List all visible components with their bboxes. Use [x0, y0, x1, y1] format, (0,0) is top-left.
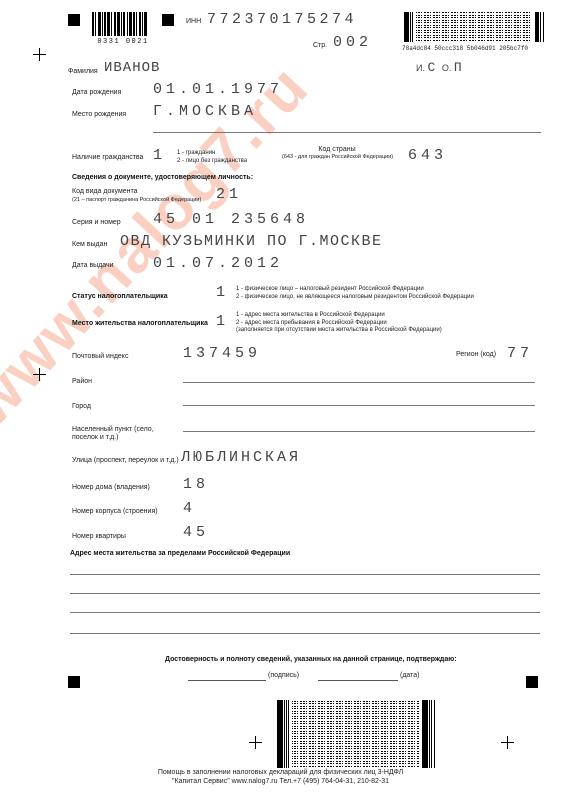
- locality-label-line-2: поселок и т.д.): [72, 434, 154, 442]
- footer-line-2: "Капитал Сервис" www.nalog7.ru Тел.+7 (4…: [0, 777, 563, 786]
- status-option-2: 2 - физическое лицо, не являющееся налог…: [236, 294, 474, 302]
- corner-marker: [68, 14, 80, 26]
- city-label: Город: [72, 403, 91, 410]
- city-line: [183, 405, 535, 406]
- residence-label: Место жительства налогоплательщика: [72, 320, 208, 327]
- citizenship-option-2: 2 - лицо без гражданства: [177, 158, 247, 166]
- crosshair-marker: [33, 48, 46, 61]
- apartment-value: 45: [183, 524, 209, 541]
- corner-marker: [162, 14, 174, 26]
- page-barcode: [92, 12, 154, 36]
- building-value: 4: [183, 500, 196, 517]
- street-value: ЛЮБЛИНСКАЯ: [181, 449, 301, 466]
- birth-place-line: [153, 132, 541, 133]
- doc-type-value: 21: [216, 186, 242, 203]
- foreign-address-line-1: [70, 574, 540, 575]
- apartment-label: Номер квартиры: [72, 533, 126, 540]
- inn-label: ИНН: [186, 18, 201, 25]
- residence-options: 1 - адрес места жительства в Российской …: [236, 312, 442, 335]
- doc-type-label: Код вида документа: [72, 188, 138, 195]
- date-line[interactable]: [318, 680, 398, 681]
- issue-date-value: 01.07.2012: [153, 255, 283, 272]
- birth-place-value: Г.МОСКВА: [153, 103, 257, 120]
- postal-value: 137459: [183, 345, 261, 362]
- birth-date-label: Дата рождения: [72, 89, 121, 96]
- crosshair-marker: [501, 736, 514, 749]
- hash-code: 78a4dc84 50ccc318 5b046d91 205bc7f0: [402, 45, 528, 52]
- surname-value: ИВАНОВ: [104, 60, 160, 76]
- initial-1: И.: [416, 63, 425, 73]
- confirmation-text: Достоверность и полноту сведений, указан…: [165, 656, 457, 663]
- surname-label: Фамилия: [68, 68, 98, 75]
- foreign-address-line-2: [70, 593, 540, 594]
- postal-label: Почтовый индекс: [72, 353, 128, 360]
- district-line: [183, 382, 535, 383]
- inn-value: 772370175274: [207, 11, 357, 28]
- street-label: Улица (проспект, переулок и т.д.): [72, 457, 179, 464]
- footer-line-1: Помощь в заполнении налоговых деклараций…: [0, 768, 563, 777]
- house-value: 18: [183, 476, 209, 493]
- house-label: Номер дома (владения): [72, 484, 150, 491]
- initial-2: С: [428, 60, 436, 75]
- initial-4: П: [454, 60, 462, 75]
- signature-label: (подпись): [268, 672, 299, 679]
- residence-option-1: 1 - адрес места жительства в Российской …: [236, 312, 442, 320]
- foreign-address-line-4: [70, 633, 540, 634]
- citizenship-options: 1 - гражданин 2 - лицо без гражданства: [177, 150, 247, 165]
- footer: Помощь в заполнении налоговых деклараций…: [0, 768, 563, 786]
- locality-label: Населенный пункт (село, поселок и т.д.): [72, 426, 154, 442]
- region-value: 77: [507, 345, 533, 362]
- crosshair-marker: [249, 736, 262, 749]
- taxpayer-status-value: 1: [216, 284, 229, 301]
- country-code-label: Код страны: [282, 146, 392, 154]
- citizenship-label: Наличие гражданства: [72, 154, 143, 161]
- district-label: Район: [72, 378, 92, 385]
- taxpayer-status-label: Статус налогоплательщика: [72, 293, 168, 300]
- region-label: Регион (код): [456, 351, 496, 358]
- bottom-2d-barcode: [277, 700, 435, 768]
- building-label: Номер корпуса (строения): [72, 508, 158, 515]
- residence-option-2: 2 - адрес места пребывания в Российской …: [236, 320, 442, 328]
- foreign-address-title: Адрес места жительства за пределами Росс…: [70, 550, 290, 557]
- series-label: Серия и номер: [72, 219, 121, 226]
- issued-by-label: Кем выдан: [72, 241, 107, 248]
- foreign-address-line-3: [70, 612, 540, 613]
- status-option-1: 1 - физическое лицо – налоговый резидент…: [236, 286, 474, 294]
- doc-type-note: (21 – паспорт гражданина Российской Феде…: [72, 197, 201, 205]
- page-2d-barcode: [404, 12, 544, 42]
- corner-marker: [68, 676, 80, 688]
- page-value: 002: [333, 34, 372, 51]
- residence-value: 1: [216, 313, 229, 330]
- barcode-number: 0331 0021: [92, 38, 154, 46]
- page-label: Стр.: [313, 42, 327, 49]
- country-code-label-block: Код страны (643 - для граждан Российской…: [282, 146, 392, 161]
- initials: И. С О. П: [416, 60, 462, 75]
- series-value: 45 01 235648: [153, 211, 309, 228]
- document-section-title: Сведения о документе, удостоверяющем лич…: [72, 174, 253, 181]
- locality-label-line-1: Населенный пункт (село,: [72, 426, 154, 434]
- citizenship-option-1: 1 - гражданин: [177, 150, 247, 158]
- crosshair-marker: [33, 368, 46, 381]
- locality-line: [183, 431, 535, 432]
- issued-by-value: ОВД КУЗЬМИНКИ ПО Г.МОСКВЕ: [120, 233, 383, 250]
- country-code-value: 643: [408, 147, 447, 164]
- birth-place-label: Место рождения: [72, 111, 126, 118]
- taxpayer-status-options: 1 - физическое лицо – налоговый резидент…: [236, 286, 474, 301]
- corner-marker: [526, 676, 538, 688]
- issue-date-label: Дата выдачи: [72, 262, 114, 269]
- residence-option-3: (заполняется при отсутствии места житель…: [236, 327, 442, 335]
- signature-line[interactable]: [188, 680, 266, 681]
- date-label: (дата): [400, 672, 420, 679]
- birth-date-value: 01.01.1977: [153, 81, 283, 98]
- country-code-note: (643 - для граждан Российской Федерации): [282, 154, 392, 162]
- citizenship-value: 1: [153, 147, 166, 164]
- initial-3: О.: [442, 63, 452, 73]
